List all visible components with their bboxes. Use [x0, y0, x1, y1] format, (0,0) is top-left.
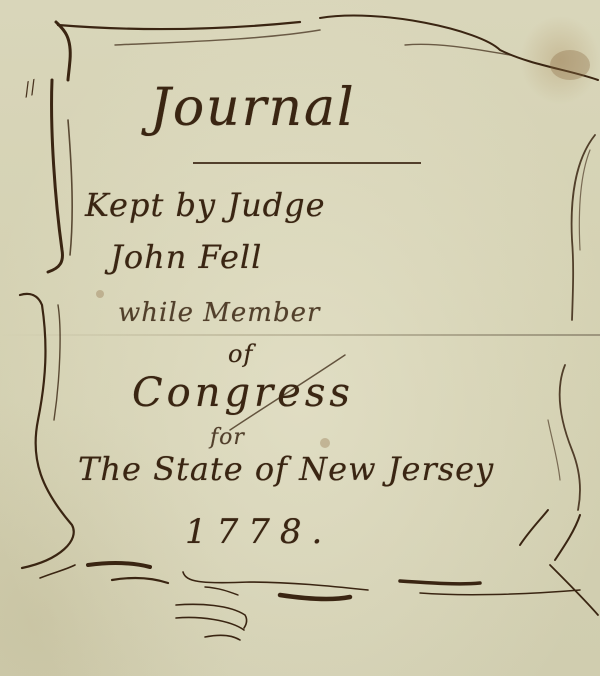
text-line-congress: Congress [132, 370, 354, 416]
text-line-kept-by: Kept by Judge [85, 186, 326, 224]
text-line-of: of [228, 340, 253, 368]
manuscript-page: // Journal Kept by Judge John Fell while… [0, 0, 600, 676]
text-line-state: The State of New Jersey [78, 450, 494, 488]
paper-stain [550, 50, 590, 80]
document-title: Journal [150, 78, 356, 138]
text-line-member: while Member [118, 298, 320, 328]
text-line-name: John Fell [110, 238, 262, 276]
paper-stain [320, 438, 330, 448]
text-line-year: 1778. [185, 512, 332, 552]
title-underline [193, 162, 421, 164]
paper-stain [96, 290, 104, 298]
text-line-for: for [210, 425, 245, 450]
